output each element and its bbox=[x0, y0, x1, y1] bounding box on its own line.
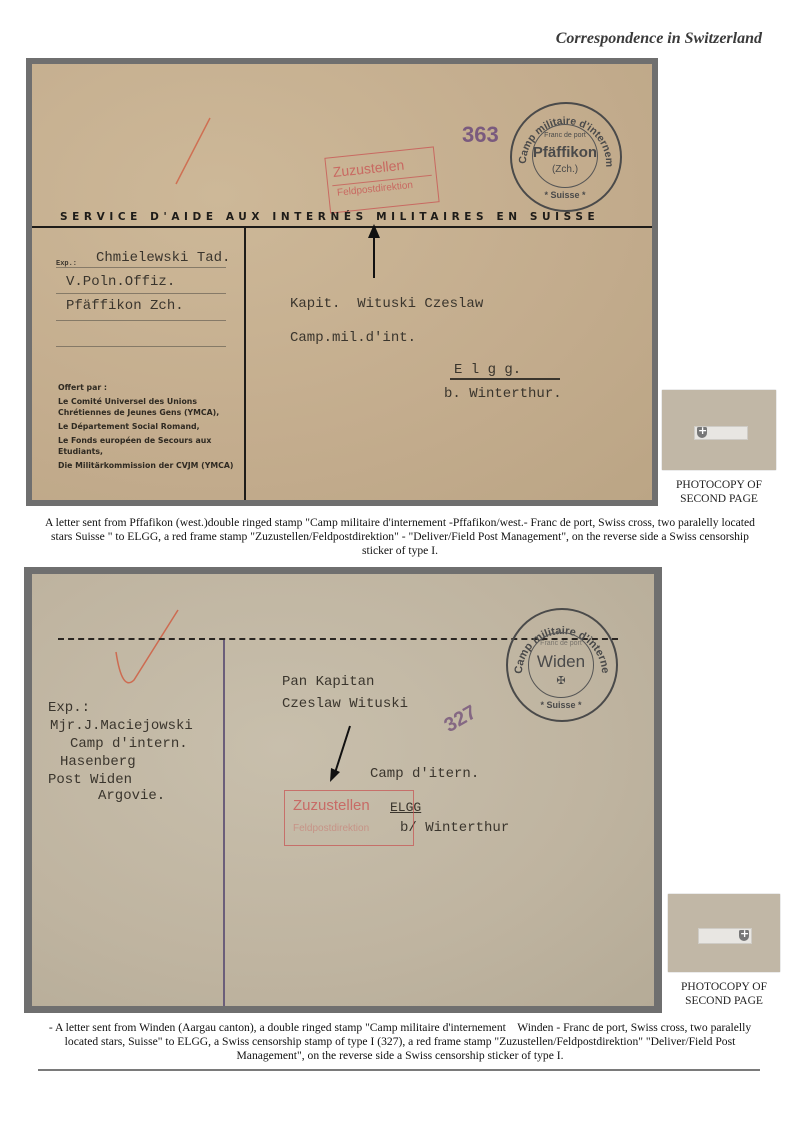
letter2-envelope: Camp militaire d'internement Franc de po… bbox=[32, 574, 654, 1006]
sender-line-4: Hasenberg bbox=[60, 754, 136, 770]
reverse-side-thumbnail-2[interactable] bbox=[668, 894, 780, 972]
sender-line-2: Mjr.J.Maciejowski bbox=[50, 718, 193, 734]
letter2-caption: - A letter sent from Winden (Aargau cant… bbox=[40, 1021, 760, 1063]
offered-by-block: Offert par : Le Comité Universel des Uni… bbox=[58, 382, 238, 474]
letter1-envelope: 363 Zuzustellen Feldpostdirektion Camp m… bbox=[32, 64, 652, 500]
red-frame-stamp: Zuzustellen Feldpostdirektion bbox=[324, 146, 439, 213]
recipient-line-3: E l g g. bbox=[454, 362, 521, 378]
sender-line-3: Pfäffikon Zch. bbox=[66, 298, 184, 314]
postmark-widen: Camp militaire d'internement Franc de po… bbox=[506, 608, 618, 722]
column-divider bbox=[244, 226, 246, 500]
page-title: Correspondence in Switzerland bbox=[556, 30, 762, 48]
recipient-line-2: Camp.mil.d'int. bbox=[290, 330, 416, 346]
censor-number-stamp: 327 bbox=[440, 701, 480, 738]
reverse-side-thumbnail-1[interactable] bbox=[662, 390, 776, 470]
postmark-pfaffikon: Camp militaire d'internement Franc de po… bbox=[510, 102, 622, 212]
recipient-line-2: Czeslaw Wituski bbox=[282, 696, 408, 712]
arrow-head-icon bbox=[368, 224, 380, 240]
thumbnail-1-label: PHOTOCOPY OF SECOND PAGE bbox=[656, 478, 782, 506]
red-pencil-mark bbox=[112, 602, 182, 692]
sender-line-3: Camp d'intern. bbox=[70, 736, 188, 752]
thumbnail-2-label: PHOTOCOPY OF SECOND PAGE bbox=[662, 980, 786, 1008]
sender-line-1: Exp.: bbox=[48, 700, 90, 716]
sender-line-1: Chmielewski Tad. bbox=[96, 250, 230, 266]
pointer-arrow bbox=[328, 724, 358, 786]
censor-number-stamp: 363 bbox=[462, 122, 499, 148]
letter1-caption: A letter sent from Pffafikon (west.)doub… bbox=[40, 516, 760, 558]
pointer-arrow bbox=[373, 236, 375, 278]
sender-line-2: V.Poln.Offiz. bbox=[66, 274, 175, 290]
recipient-line-1: Kapit. Wituski Czeslaw bbox=[290, 296, 483, 312]
sender-line-5: Post Widen bbox=[48, 772, 132, 788]
sender-line-6: Argovie. bbox=[98, 788, 165, 804]
header-rule bbox=[32, 226, 652, 228]
recipient-line-5: b/ Winterthur bbox=[400, 820, 509, 836]
bottom-rule bbox=[38, 1069, 760, 1071]
recipient-line-3: Camp d'itern. bbox=[370, 766, 479, 782]
recipient-line-4: b. Winterthur. bbox=[444, 386, 562, 402]
service-header: SERVICE D'AIDE AUX INTERNÉS MILITAIRES E… bbox=[60, 211, 599, 223]
recipient-line-1: Pan Kapitan bbox=[282, 674, 374, 690]
red-pencil-mark bbox=[162, 114, 222, 194]
red-frame-stamp: Zuzustellen Feldpostdirektion bbox=[284, 790, 414, 846]
column-divider bbox=[223, 640, 225, 1006]
